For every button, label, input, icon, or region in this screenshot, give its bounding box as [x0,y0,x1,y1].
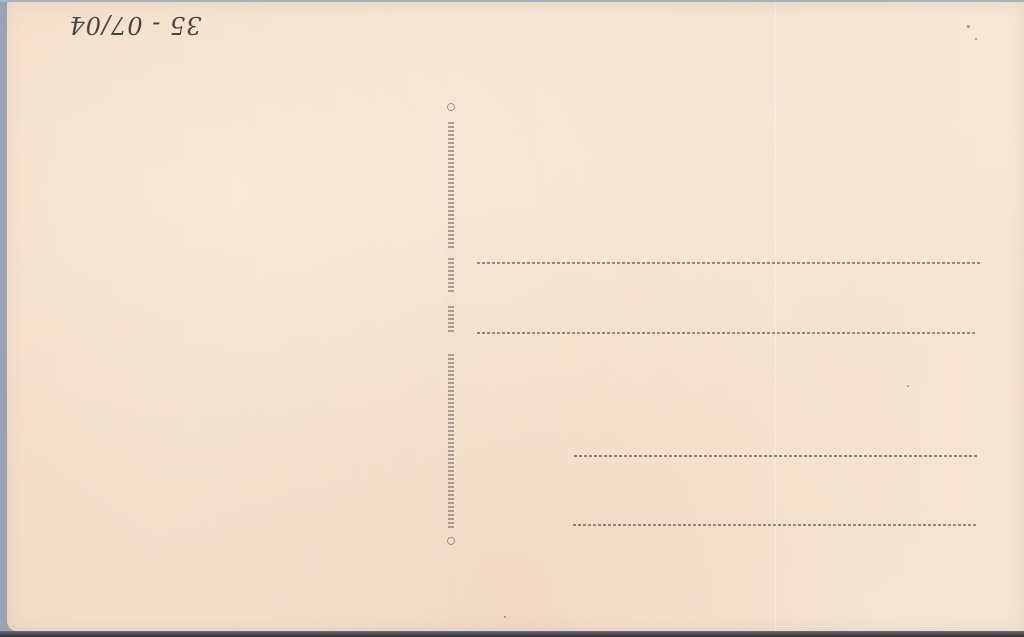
scan-bottom-edge [0,631,1024,637]
divider-gap [445,332,457,352]
paper-crease [775,2,776,631]
paper-speck [967,25,970,28]
handwritten-note: 35 - 07/04 [45,8,225,42]
divider-gap [445,294,457,306]
center-divider-printed-text [448,122,454,530]
address-line-4 [573,524,977,526]
postcard-back: 35 - 07/04 [7,2,1024,631]
paper-speck [907,385,909,387]
address-line-3 [574,455,978,457]
address-line-1 [477,262,981,264]
divider-gap [445,248,457,258]
paper-speck [504,616,506,618]
divider-top-ornament-icon [447,103,455,111]
postcard-scan: 35 - 07/04 [0,0,1024,637]
divider-bottom-ornament-icon [447,537,455,545]
address-line-2 [477,332,977,334]
paper-speck [975,38,977,40]
